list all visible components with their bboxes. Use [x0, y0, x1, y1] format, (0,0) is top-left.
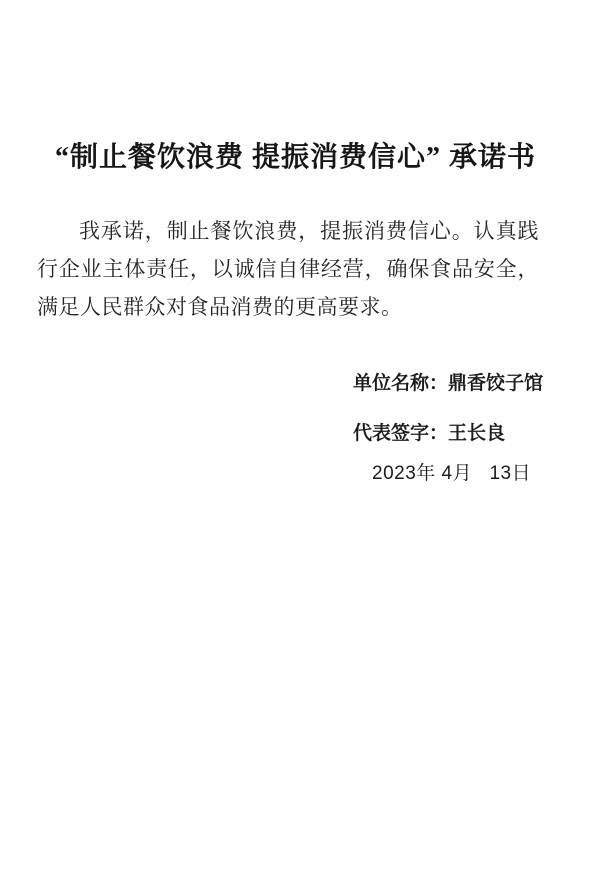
unit-name-value: 鼎香饺子馆 — [448, 373, 543, 394]
document-title: “制止餐饮浪费 提振消费信心” 承诺书 — [0, 0, 591, 176]
signature-block: 单位名称：鼎香饺子馆 代表签字：王长良 2023年 4月 13日 — [353, 372, 543, 486]
unit-name-label: 单位名称： — [353, 373, 448, 394]
signer-name-value: 王长良 — [448, 423, 505, 444]
body-paragraph: 我承诺，制止餐饮浪费，提振消费信心。认真践行企业主体责任，以诚信自律经营，确保食… — [37, 212, 539, 326]
signer-line: 代表签字：王长良 — [353, 422, 543, 446]
date-line: 2023年 4月 13日 — [353, 462, 543, 486]
signer-label: 代表签字： — [353, 423, 448, 444]
document-page: “制止餐饮浪费 提振消费信心” 承诺书 我承诺，制止餐饮浪费，提振消费信心。认真… — [0, 0, 591, 886]
unit-name-line: 单位名称：鼎香饺子馆 — [353, 372, 543, 396]
